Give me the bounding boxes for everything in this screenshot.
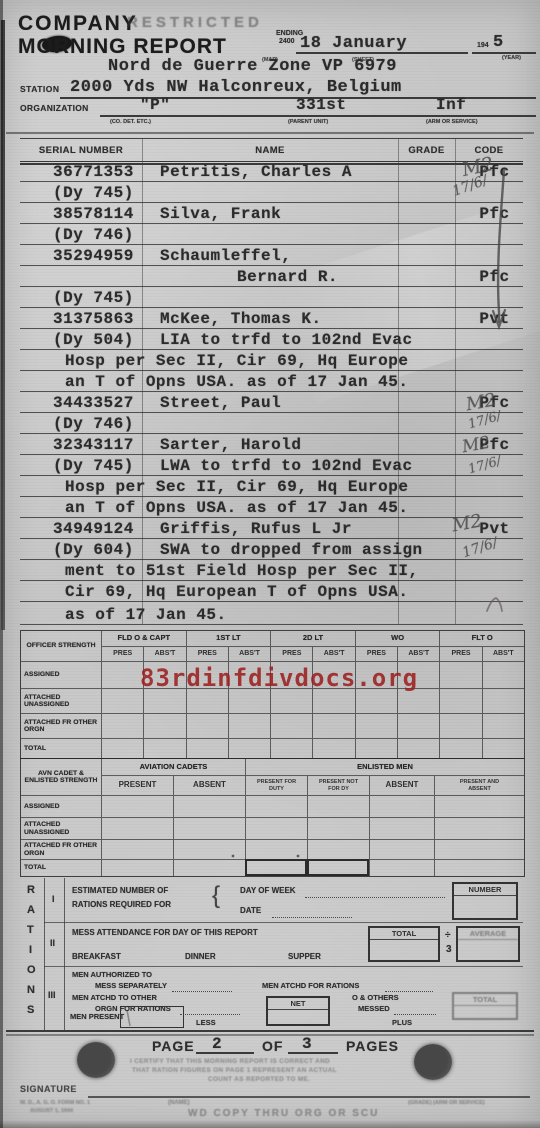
row-label-attached-fr-other: ATTACHED FR OTHER ORGN (21, 839, 101, 859)
remark-continuation: Hosp per Sec II, Cir 69, Hq Europe (20, 352, 408, 370)
name: Sarter, Harold (142, 436, 466, 454)
roster-row: (Dy 746) (20, 412, 523, 434)
enlisted-men-group: ENLISTED MEN (245, 759, 524, 775)
pres-header: PRES (355, 646, 397, 661)
serial: 34433527 (20, 394, 142, 412)
rations-numeral-3: III (48, 990, 56, 1000)
empty-cell (482, 713, 524, 738)
empty-cell (101, 795, 173, 817)
empty-cell (355, 713, 397, 738)
officer-strength-table: OFFICER STRENGTH FLD O & CAPT 1ST LT 2D … (20, 630, 525, 759)
name: Silva, Frank (142, 205, 466, 223)
pages-total: 3 (302, 1035, 312, 1053)
men-present-label: MEN PRESENT (70, 1012, 124, 1021)
serial: 31375863 (20, 310, 142, 328)
rations-vertical-letter: I (29, 944, 32, 956)
rations-total-box: TOTAL (452, 992, 518, 1020)
empty-cell (355, 738, 397, 758)
empty-cell (245, 839, 307, 859)
certification-line2: THAT RATION FIGURES ON PAGE 1 REPRESENT … (132, 1067, 337, 1074)
remark-continuation: Cir 69, Hq European T of Opns USA. (20, 583, 408, 601)
empty-cell (173, 817, 245, 839)
empty-cell (186, 738, 228, 758)
col-present: PRESENT (101, 775, 173, 795)
average-box-label: AVERAGE (458, 928, 518, 940)
empty-cell (245, 795, 307, 817)
mess-total-box: TOTAL (368, 926, 440, 962)
remark: LWA to trfd to 102nd Evac (142, 457, 523, 475)
messed-line (394, 1013, 436, 1015)
supper-label: SUPPER (288, 952, 321, 961)
grade: Pvt (466, 310, 523, 328)
roster-row: Hosp per Sec II, Cir 69, Hq Europe (20, 349, 523, 371)
roster-row: 31375863McKee, Thomas K.Pvt (20, 307, 523, 329)
serial: (Dy 745) (20, 457, 142, 475)
rations-vertical-letter: R (27, 884, 35, 896)
row-label-total: TOTAL (21, 738, 101, 758)
rations-total-label: TOTAL (454, 994, 516, 1006)
empty-cell (228, 738, 270, 758)
roster-row: as of 17 Jan 45. (20, 601, 523, 625)
name: Schaumleffel, (142, 247, 523, 265)
average-box: AVERAGE (456, 926, 520, 962)
officer-group: 1ST LT (186, 631, 271, 646)
empty-cell (173, 839, 245, 859)
total-present-not-for-dy-box (307, 859, 369, 876)
rations-col-border-1 (44, 878, 45, 1030)
empty-cell (397, 713, 439, 738)
page-number-underline (196, 1052, 254, 1054)
roster-row: (Dy 504)LIA to trfd to 102nd Evac (20, 328, 523, 350)
year-printed: 194 (477, 42, 489, 49)
empty-cell (245, 817, 307, 839)
name-sublabel: (NAME) (168, 1100, 190, 1106)
morning-report-scan: COMPANY MORNING REPORT RESTRICTED ENDING… (0, 0, 540, 1128)
empty-cell (482, 688, 524, 713)
empty-cell (434, 859, 524, 876)
serial: 34949124 (20, 520, 142, 538)
roster-row: 32343117Sarter, HaroldPfc (20, 433, 523, 455)
abst-header: ABS'T (312, 646, 354, 661)
empty-cell (397, 738, 439, 758)
o-and-others-line2: MESSED (358, 1004, 390, 1013)
col-absent: ABSENT (173, 775, 245, 795)
officer-group: FLD O & CAPT (101, 631, 186, 646)
officer-strength-title: OFFICER STRENGTH (21, 631, 101, 661)
col-header-name: NAME (142, 145, 398, 156)
mess-attendance-title: MESS ATTENDANCE FOR DAY OF THIS REPORT (72, 928, 258, 937)
grade: Pfc (466, 205, 523, 223)
serial: 36771353 (20, 163, 142, 181)
divide-three: 3 (446, 944, 452, 955)
rations-row-border-1 (44, 922, 523, 923)
serial: (Dy 604) (20, 541, 142, 559)
plus-label: PLUS (392, 1018, 412, 1027)
name: Griffis, Rufus L Jr (142, 520, 466, 538)
roster-row: ment to 51st Field Hosp per Sec II, (20, 559, 523, 581)
number-box: NUMBER (452, 882, 518, 920)
serial: (Dy 504) (20, 331, 142, 349)
brace: { (212, 882, 220, 910)
empty-cell (439, 738, 481, 758)
rations-section: R A T I O N S I II III ESTIMATED NUMBER … (0, 878, 540, 1032)
name: McKee, Thomas K. (142, 310, 466, 328)
empty-cell (439, 688, 481, 713)
pres-header: PRES (270, 646, 312, 661)
roster-row: (Dy 745)LWA to trfd to 102nd Evac (20, 454, 523, 476)
day-of-week-label: DAY OF WEEK (240, 886, 296, 895)
rations-bottom-rule-2 (6, 1034, 534, 1036)
certification-line1: I CERTIFY THAT THIS MORNING REPORT IS CO… (130, 1058, 330, 1065)
dinner-label: DINNER (185, 952, 216, 961)
rations-vertical-letter: O (27, 964, 36, 976)
pres-header: PRES (186, 646, 228, 661)
remark-continuation: an T of Opns USA. as of 17 Jan 45. (20, 373, 408, 391)
empty-cell (482, 661, 524, 688)
empty-cell (228, 713, 270, 738)
page-label: PAGE (152, 1038, 195, 1054)
roster-row: Bernard R.Pfc (20, 265, 523, 287)
org-company-value: "P" (140, 96, 170, 114)
col-present-not-for-dy: PRESENT NOT FOR DY (307, 775, 369, 795)
breakfast-label: BREAKFAST (72, 952, 121, 961)
rations-vertical-letter: T (27, 924, 34, 936)
empty-cell (143, 738, 185, 758)
roster-row: (Dy 745) (20, 286, 523, 308)
empty-cell (101, 817, 173, 839)
empty-cell (439, 661, 481, 688)
year-typed: 5 (493, 33, 504, 52)
roster-row: 36771353Petritis, Charles APfc (20, 160, 523, 182)
roster-row: Hosp per Sec II, Cir 69, Hq Europe (20, 475, 523, 497)
form-date: AUGUST 1, 1944 (30, 1108, 73, 1114)
o-and-others-line1: O & OTHERS (352, 993, 399, 1002)
roster-row: an T of Opns USA. as of 17 Jan 45. (20, 496, 523, 518)
org-sublabel-parent: (PARENT UNIT) (288, 119, 328, 125)
roster-row: 38578114Silva, FrankPfc (20, 202, 523, 224)
total-present-for-duty-box (245, 859, 307, 876)
org-parent-value: 331st (296, 96, 347, 114)
pages-total-underline (288, 1052, 338, 1054)
col-em-absent: ABSENT (369, 775, 434, 795)
watermark: 83rdinfdivdocs.org (140, 664, 418, 692)
rations-vertical-letter: A (27, 904, 35, 916)
organization-label: ORGANIZATION (20, 103, 89, 113)
men-atchd-for-rations-label: MEN ATCHD FOR RATIONS (262, 981, 359, 990)
rations-numeral-2: II (50, 938, 55, 948)
abst-header: ABS'T (482, 646, 524, 661)
empty-cell (270, 738, 312, 758)
men-present-box (120, 1006, 184, 1028)
serial: (Dy 745) (20, 184, 142, 202)
col-header-grade: GRADE (398, 145, 455, 156)
map-label: (MAP) (262, 57, 278, 63)
station-value: 2000 Yds NW Halconreux, Belgium (70, 78, 402, 97)
roster-row: 34949124Griffis, Rufus L JrPvt (20, 517, 523, 539)
copy-stamp: WD COPY THRU ORG OR SCU (188, 1108, 379, 1119)
name: Bernard R. (142, 268, 466, 286)
empty-cell (307, 839, 369, 859)
signature-line (88, 1096, 530, 1098)
remark-continuation: ment to 51st Field Hosp per Sec II, (20, 562, 419, 580)
org-sublabel-co: (CO. DET. ETC.) (110, 119, 151, 125)
empty-cell (434, 795, 524, 817)
empty-cell (101, 738, 143, 758)
estimated-rations-line2: RATIONS REQUIRED FOR (72, 900, 171, 909)
rations-vertical-letter: S (27, 1004, 34, 1016)
men-atchd-line (385, 990, 433, 992)
remark-continuation: an T of Opns USA. as of 17 Jan 45. (20, 499, 408, 517)
restricted-stamp: RESTRICTED (127, 14, 263, 31)
pres-header: PRES (439, 646, 481, 661)
org-sublabel-arm: (ARM OR SERVICE) (426, 119, 478, 125)
row-label-total: TOTAL (21, 859, 101, 876)
roster-row: an T of Opns USA. as of 17 Jan 45. (20, 370, 523, 392)
abst-header: ABS'T (228, 646, 270, 661)
punch-hole-right (414, 1044, 452, 1080)
avn-title: AVN CADET & ENLISTED STRENGTH (21, 759, 101, 795)
form-number: W. D., A. G. O. FORM NO. 1 (20, 1100, 90, 1106)
report-date-value: 18 January (300, 34, 407, 53)
less-label: LESS (196, 1018, 216, 1027)
empty-cell (369, 795, 434, 817)
empty-cell (270, 713, 312, 738)
date-underline (296, 52, 468, 54)
roster-row: (Dy 746) (20, 223, 523, 245)
of-label: OF (262, 1038, 283, 1054)
ending-time: 2400 (279, 38, 295, 45)
empty-cell (101, 859, 173, 876)
certification-line3: COUNT AS REPORTED TO ME. (208, 1076, 310, 1083)
form-title-line1: COMPANY (18, 12, 138, 36)
serial: 32343117 (20, 436, 142, 454)
row-label-attached-unassigned: ATTACHED UNASSIGNED (21, 817, 101, 839)
roster-row: 34433527Street, PaulPfc (20, 391, 523, 413)
empty-cell (369, 859, 434, 876)
officer-group: 2D LT (270, 631, 355, 646)
mess-total-label: TOTAL (370, 928, 438, 940)
empty-cell (434, 817, 524, 839)
net-box-label: NET (268, 998, 328, 1010)
empty-cell (101, 688, 143, 713)
remark: LIA to trfd to 102nd Evac (142, 331, 523, 349)
station-label: STATION (20, 84, 60, 94)
page-number: 2 (212, 1035, 222, 1053)
empty-cell (101, 713, 143, 738)
men-atchd-other-line1: MEN ATCHD TO OTHER (72, 993, 157, 1002)
men-authorized-line1: MEN AUTHORIZED TO (72, 970, 152, 979)
grade-arm-sublabel: (GRADE) (ARM OR SERVICE) (408, 1100, 485, 1106)
enlisted-strength-table: AVN CADET & ENLISTED STRENGTH AVIATION C… (20, 758, 525, 877)
year-label: (YEAR) (502, 55, 521, 61)
name: Street, Paul (142, 394, 466, 412)
remark-continuation: Hosp per Sec II, Cir 69, Hq Europe (20, 478, 408, 496)
men-authorized-line2: MESS SEPARATELY (95, 981, 167, 990)
pres-header: PRES (101, 646, 143, 661)
row-label-attached-unassigned: ATTACHED UNASSIGNED (21, 688, 101, 713)
empty-cell (312, 738, 354, 758)
empty-cell (173, 795, 245, 817)
roster-row: (Dy 745) (20, 181, 523, 203)
serial: (Dy 746) (20, 415, 142, 433)
sheet-label: (SHEET) (352, 57, 374, 63)
row-label-assigned: ASSIGNED (21, 795, 101, 817)
empty-cell (101, 661, 143, 688)
empty-cell (434, 839, 524, 859)
estimated-rations-line1: ESTIMATED NUMBER OF (72, 886, 168, 895)
scan-edge-left-dark (1, 20, 5, 630)
serial: 38578114 (20, 205, 142, 223)
row-label-assigned: ASSIGNED (21, 661, 101, 688)
scan-edge-bottom (0, 1120, 540, 1128)
empty-cell (439, 713, 481, 738)
abst-header: ABS'T (143, 646, 185, 661)
rations-vertical-letter: N (27, 984, 35, 996)
empty-cell (143, 713, 185, 738)
empty-cell (369, 817, 434, 839)
date-line (272, 916, 352, 918)
rations-col-border-2 (64, 878, 65, 1030)
empty-cell (186, 713, 228, 738)
signature-label: SIGNATURE (20, 1084, 77, 1094)
orgn-rations-line (180, 1013, 240, 1015)
rations-bottom-rule (6, 1030, 534, 1032)
col-present-for-duty: PRESENT FOR DUTY (245, 775, 307, 795)
punch-hole-left (77, 1042, 115, 1078)
date-label: DATE (240, 906, 261, 915)
form-title-line2: MORNING REPORT (18, 35, 227, 59)
number-box-label: NUMBER (454, 884, 516, 896)
aviation-cadets-group: AVIATION CADETS (101, 759, 245, 775)
roster-row: Cir 69, Hq European T of Opns USA. (20, 580, 523, 602)
roster-header-row: SERIAL NUMBER NAME GRADE CODE (20, 138, 523, 162)
header-separator (6, 132, 534, 134)
empty-cell (482, 738, 524, 758)
empty-cell (312, 713, 354, 738)
empty-cell (101, 839, 173, 859)
serial: (Dy 746) (20, 226, 142, 244)
net-box: NET (266, 996, 330, 1026)
serial: 35294959 (20, 247, 142, 265)
officer-group: FLT O (439, 631, 524, 646)
empty-cell (307, 817, 369, 839)
col-present-and-absent: PRESENT AND ABSENT (434, 775, 524, 795)
remark-continuation: as of 17 Jan 45. (20, 606, 227, 624)
roster-row: (Dy 604)SWA to dropped from assign (20, 538, 523, 560)
abst-header: ABS'T (397, 646, 439, 661)
org-arm-value: Inf (436, 96, 466, 114)
serial: (Dy 745) (20, 289, 142, 307)
col-header-serial: SERIAL NUMBER (20, 145, 142, 156)
rations-numeral-1: I (52, 894, 55, 904)
year-underline (472, 52, 536, 54)
roster-row: 35294959Schaumleffel, (20, 244, 523, 266)
empty-cell (307, 795, 369, 817)
rations-row-border-2 (44, 966, 523, 967)
row-label-attached-fr-other: ATTACHED FR OTHER ORGN (21, 713, 101, 738)
divide-sign: ÷ (445, 930, 451, 941)
officer-group: WO (355, 631, 440, 646)
roster-table: SERIAL NUMBER NAME GRADE CODE 36771353Pe… (20, 138, 523, 624)
mess-separately-line (172, 990, 232, 992)
name: Petritis, Charles A (142, 163, 466, 181)
empty-cell (369, 839, 434, 859)
grade: Pfc (466, 268, 523, 286)
day-of-week-line (305, 896, 445, 898)
org-underline (100, 115, 536, 117)
pages-label: PAGES (346, 1038, 399, 1054)
empty-cell (173, 859, 245, 876)
